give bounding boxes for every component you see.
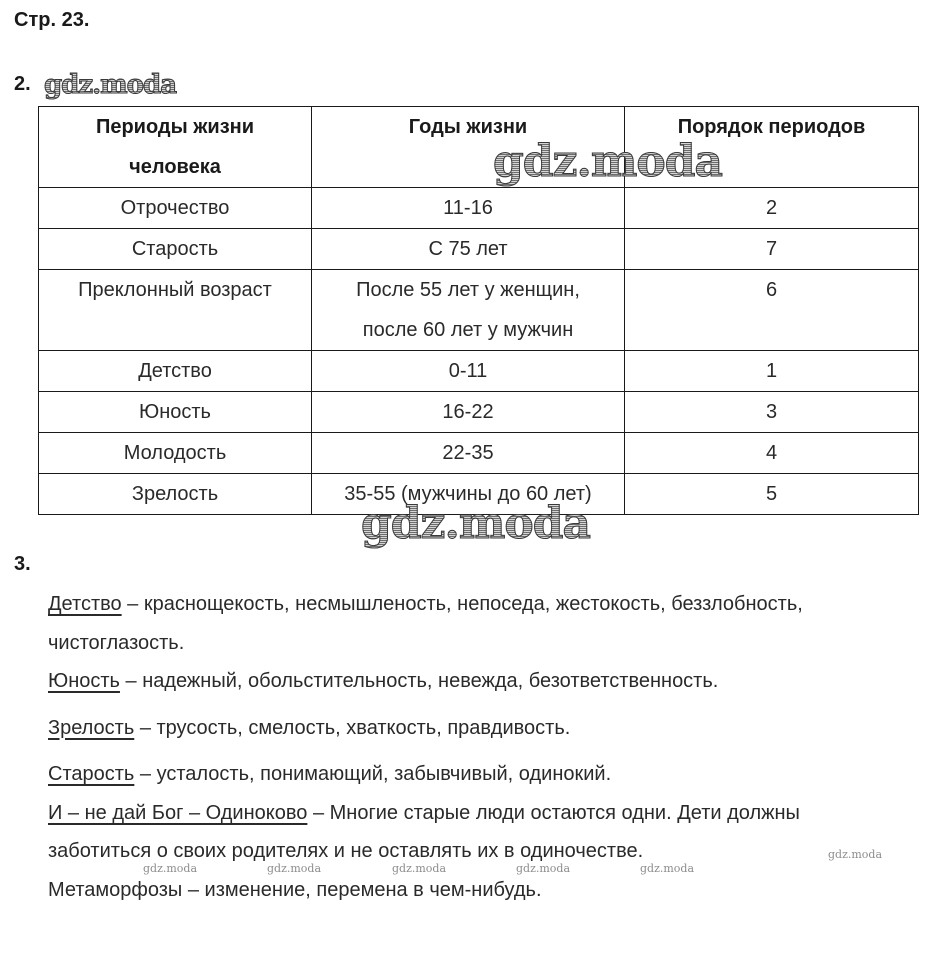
cell-order: 6 [625, 270, 919, 351]
answer-line: Старость – усталость, понимающий, забывч… [48, 755, 908, 794]
cell-period: Зрелость [39, 474, 312, 515]
answer-text: – краснощекость, несмышленость, непоседа… [48, 593, 803, 654]
answer-text: – надежный, обольстительность, невежда, … [120, 670, 718, 692]
header-order: Порядок периодов [625, 107, 919, 188]
cell-order: 5 [625, 474, 919, 515]
cell-period: Молодость [39, 433, 312, 474]
answer-term: Юность [48, 670, 120, 692]
cell-period: Старость [39, 229, 312, 270]
cell-order: 4 [625, 433, 919, 474]
answer-line: Зрелость – трусость, смелость, хваткость… [48, 709, 908, 748]
cell-years: 11-16 [312, 188, 625, 229]
task-3-number: 3. [14, 553, 31, 576]
answer-line: Метаморфозы – изменение, перемена в чем-… [48, 871, 908, 910]
answer-term: И – не дай Бог – Одиноково [48, 802, 307, 824]
cell-order: 2 [625, 188, 919, 229]
cell-order: 7 [625, 229, 919, 270]
answer-text: – усталость, понимающий, забывчивый, оди… [134, 763, 611, 785]
page-number: Стр. 23. [14, 9, 89, 32]
cell-order: 1 [625, 351, 919, 392]
answer-term: Детство [48, 593, 122, 615]
table-row: Молодость22-354 [39, 433, 919, 474]
cell-period: Юность [39, 392, 312, 433]
table-row: Преклонный возрастПосле 55 лет у женщин,… [39, 270, 919, 351]
life-periods-table: Периоды жизни человека Годы жизни Порядо… [38, 106, 919, 515]
answer-line: Юность – надежный, обольстительность, не… [48, 662, 908, 701]
cell-period: Преклонный возраст [39, 270, 312, 351]
table-row: Отрочество11-162 [39, 188, 919, 229]
cell-years: 22-35 [312, 433, 625, 474]
cell-years: 35-55 (мужчины до 60 лет) [312, 474, 625, 515]
task-2-number: 2. [14, 73, 31, 96]
cell-period: Детство [39, 351, 312, 392]
table-header-row: Периоды жизни человека Годы жизни Порядо… [39, 107, 919, 188]
table-row: Юность16-223 [39, 392, 919, 433]
table-row: Детство0-111 [39, 351, 919, 392]
answer-term: Старость [48, 763, 134, 785]
table-row: Зрелость35-55 (мужчины до 60 лет)5 [39, 474, 919, 515]
answer-text: Метаморфозы – изменение, перемена в чем-… [48, 879, 542, 901]
answer-text: – трусость, смелость, хваткость, правдив… [134, 717, 570, 739]
answer-line: И – не дай Бог – Одиноково – Многие стар… [48, 794, 838, 871]
answer-line: Детство – краснощекость, несмышленость, … [48, 585, 908, 662]
header-period: Периоды жизни человека [39, 107, 312, 188]
watermark-logo: gdz.moda [44, 70, 176, 100]
header-years: Годы жизни [312, 107, 625, 188]
cell-period: Отрочество [39, 188, 312, 229]
cell-years: После 55 лет у женщин, после 60 лет у му… [312, 270, 625, 351]
cell-years: 16-22 [312, 392, 625, 433]
cell-order: 3 [625, 392, 919, 433]
cell-years: 0-11 [312, 351, 625, 392]
task-3-text: Детство – краснощекость, несмышленость, … [48, 585, 908, 909]
cell-years: С 75 лет [312, 229, 625, 270]
table-row: СтаростьС 75 лет7 [39, 229, 919, 270]
answer-term: Зрелость [48, 717, 134, 739]
